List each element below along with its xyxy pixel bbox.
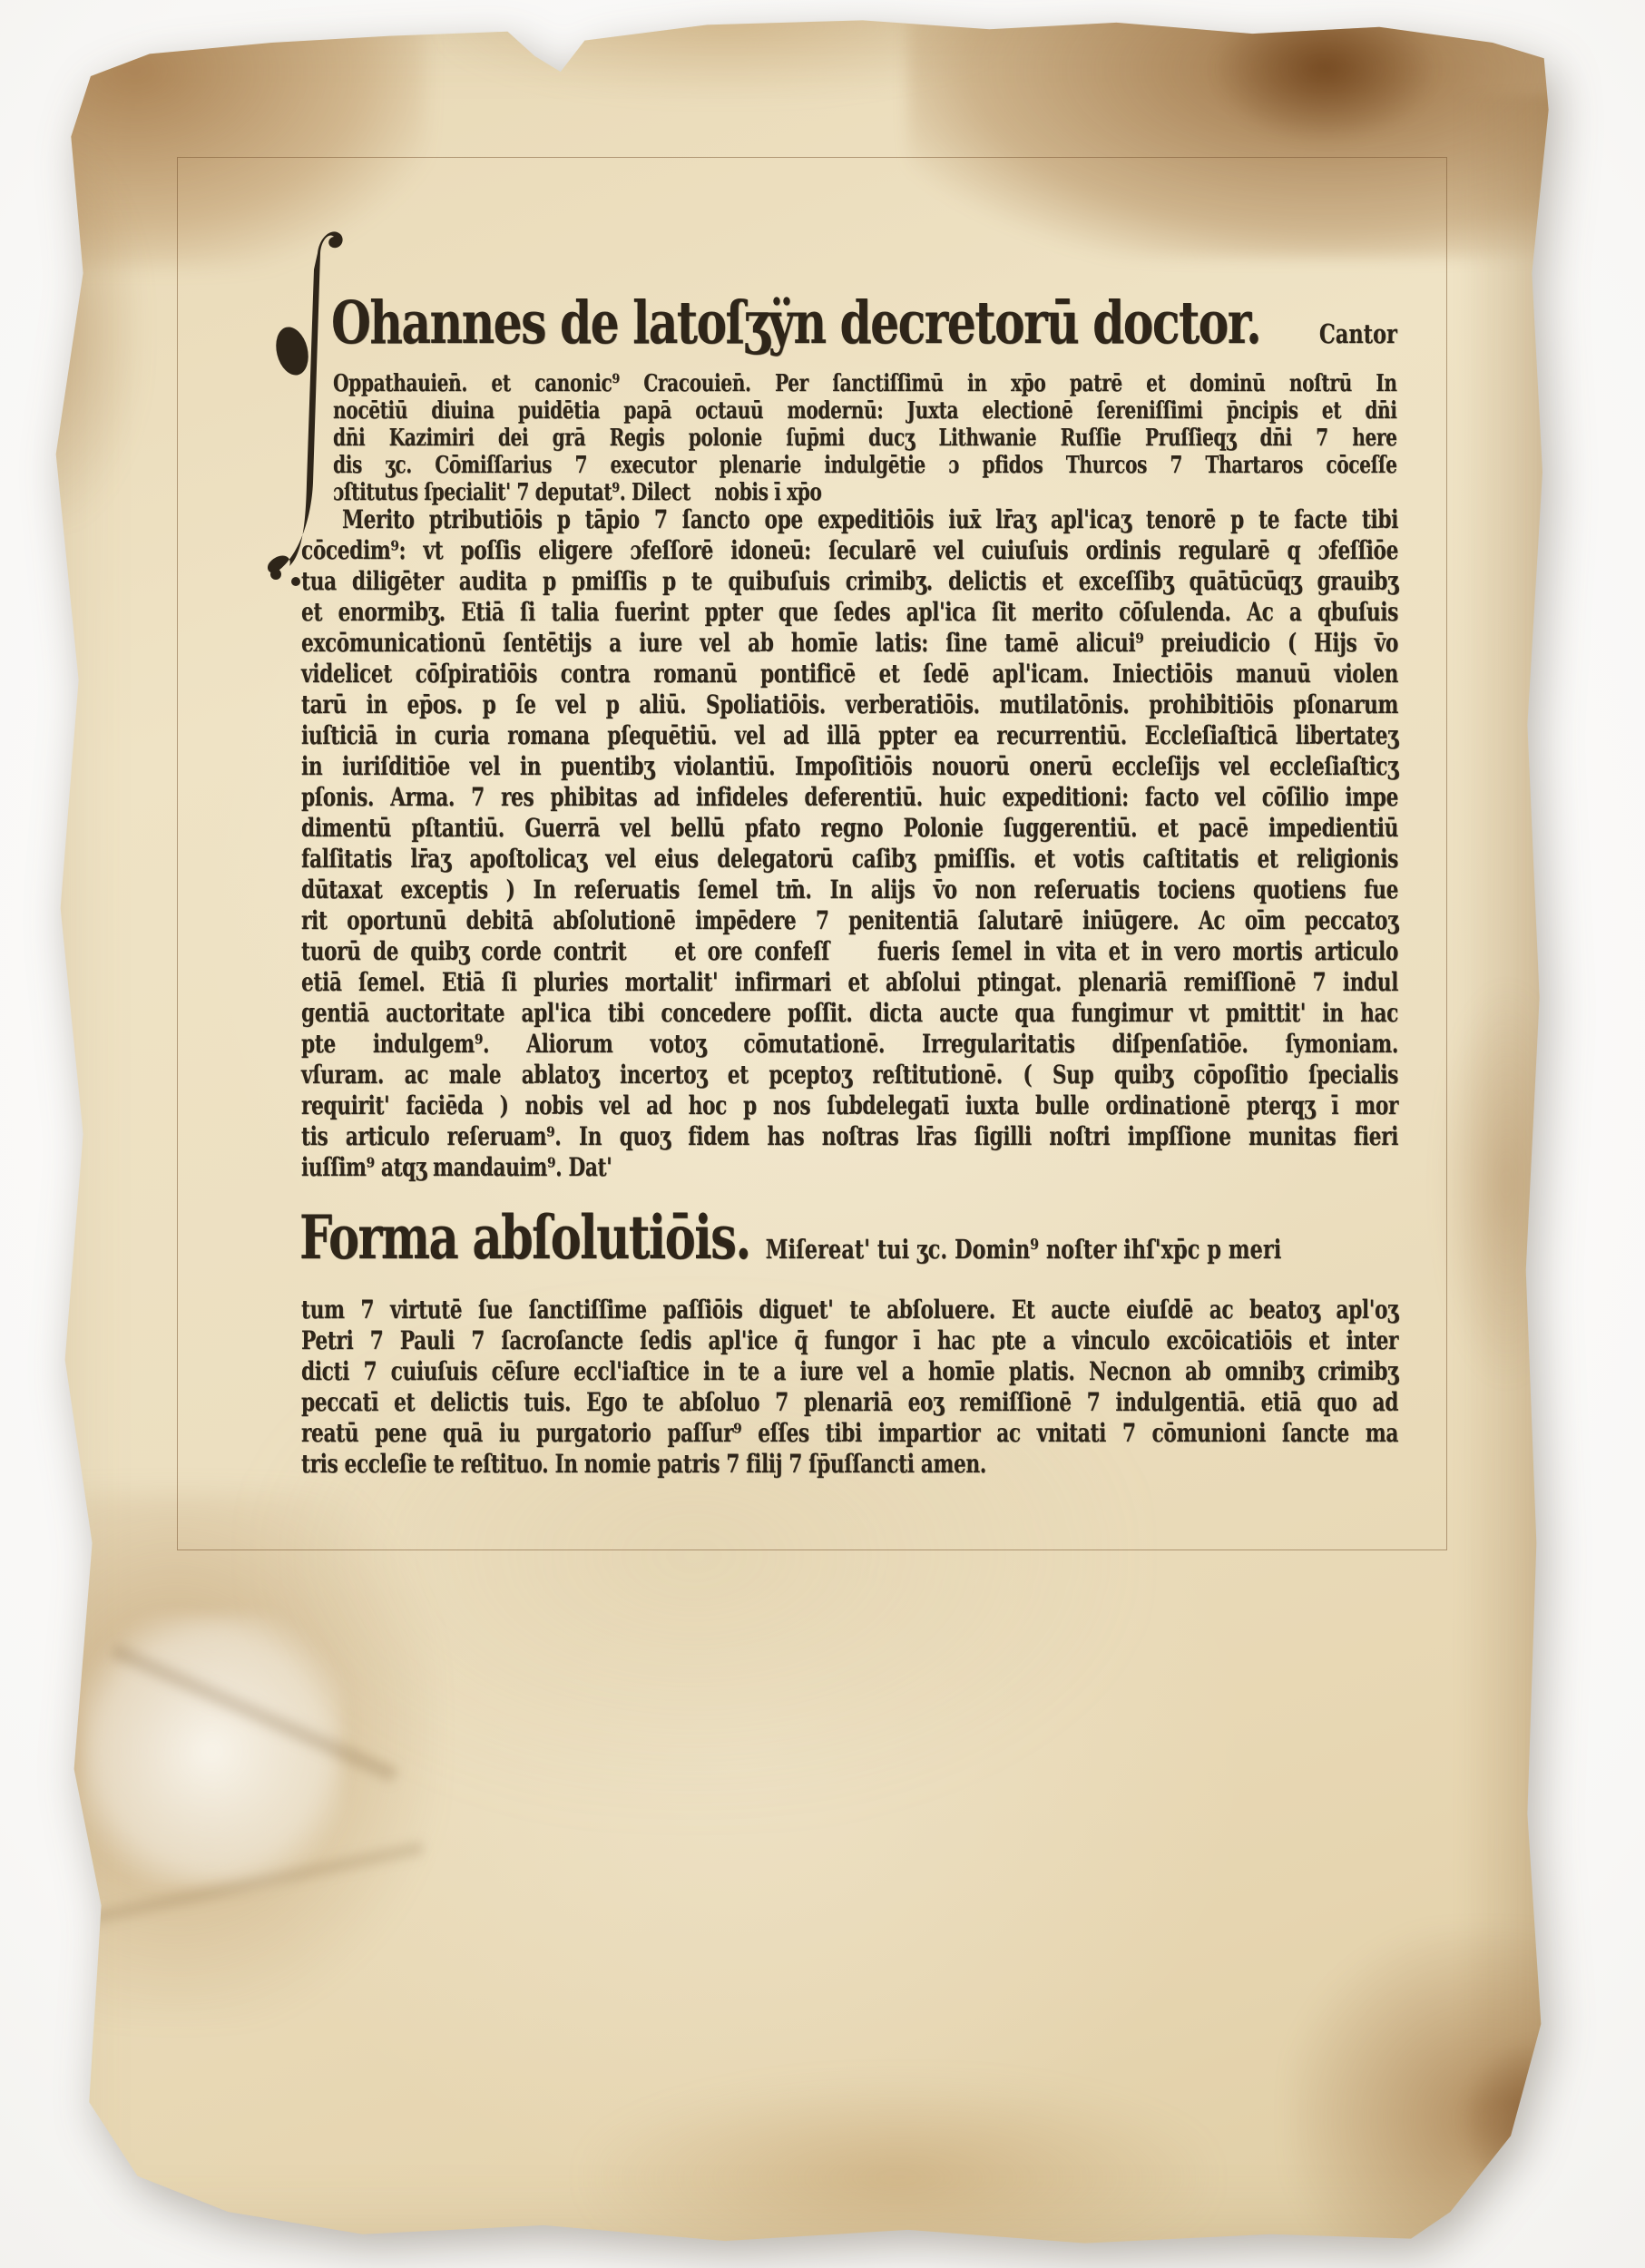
stain-top-right-dark (1211, 0, 1438, 145)
forma-heading-suffix: Miſereat' tui ʒc. Domin⁹ noſter ihſ'xp̄c… (766, 1234, 1282, 1265)
body-text-line: in iuriſditiōe vel in puentibʒ violantiū… (301, 751, 1398, 782)
body-text-line: tua diligēter audita p pmiſſis p te quib… (301, 566, 1398, 597)
forma-line: tris eccleſie te reſtituo. In nomie patr… (301, 1449, 1398, 1480)
body-text-line: cōcedim⁹: vt poſſis eligere ɔfeſſorē ido… (301, 535, 1398, 566)
forma-line: peccatī et delictis tuis. Ego te abſoluo… (301, 1387, 1398, 1418)
body-text-line: pte indulgem⁹. Aliorum votoʒ cōmutationē… (301, 1029, 1398, 1060)
forma-line: Petri 7 Pauli 7 ſacroſancte ſedis apl'ic… (301, 1325, 1398, 1356)
body-text-line: iuſſim⁹ atqʒ mandauim⁹. Dat' (301, 1152, 1398, 1183)
stain-bottom-right (1288, 1928, 1615, 2268)
body-text-line: iuſticiā in curia romana pſequētiū. vel … (301, 720, 1398, 751)
body-text-line: dūtaxat exceptis ) In reſeruatis ſemel t… (301, 875, 1398, 905)
body-text-line: dimentū pſtantiū. Guerrā vel bellū pfato… (301, 813, 1398, 844)
forma-line: reatū pene quā iu purgatorio paſſur⁹ eſſ… (301, 1418, 1398, 1449)
body-text-line: pſonis. Arma. 7 res phibitas ad infidele… (301, 782, 1398, 813)
stain-bottom-center (590, 2082, 1207, 2268)
body-text-line: falſitatis lr̄aʒ apoſtolicaʒ vel eius de… (301, 844, 1398, 875)
stain-top-band (445, 5, 1007, 95)
intro-line: dn̄i Kazimiri dei grā Regis polonie ſup̄… (333, 425, 1397, 452)
body-text-line: etiā ſemel. Etiā ſi pluries mortalit' in… (301, 967, 1398, 998)
crease-bottom-left-2 (83, 1838, 425, 1930)
intro-line: dis ʒc. Cōmiſſarius 7 executor plenarie … (333, 452, 1397, 479)
forma-line: tum 7 virtutē ſue ſanctiſſime paſſiōis d… (301, 1295, 1398, 1325)
body-text-line: et enormibʒ. Etiā ſi talia fuerint ppter… (301, 597, 1398, 628)
body-text-line: Merito ptributiōis p tāpio 7 ſancto ope … (301, 504, 1398, 535)
stain-right-middle (1438, 984, 1574, 1383)
forma-heading: Forma abſolutiōis. (299, 1202, 750, 1273)
intro-line: ɔſtitutus ſpecialit' 7 deputat⁹. Dilect … (333, 479, 1397, 506)
photo-backdrop: { "colors":{"ink":"#2e2519","paper":"#ec… (0, 0, 1645, 2268)
body-text-line: tuorū de quibʒ corde contrit et ore conf… (301, 936, 1398, 967)
paper-wrapper: Ohannes de latoſʒÿn decretorū doctor. Ca… (0, 0, 1645, 2268)
intro-line: nocētiū diuina puidētia papā octauū mode… (333, 397, 1397, 425)
intro-paragraph: Oppathauien̄. et canonic⁹ Cracouien̄. Pe… (333, 370, 1397, 506)
body-text-line: tis articulo reſeruam⁹. In quoʒ fidem ha… (301, 1121, 1398, 1152)
forma-heading-line: Forma abſolutiōis. Miſereat' tui ʒc. Dom… (299, 1202, 1397, 1273)
body-text-line: vſuram. ac male ablatoʒ incertoʒ et pcep… (301, 1060, 1398, 1090)
patch-bottom-left-white (80, 1615, 343, 1887)
body-text-line: gentiā auctoritate apl'ica tibi conceder… (301, 998, 1398, 1029)
body-text-line: rit oportunū debitā abſolutionē impēdere… (301, 905, 1398, 936)
body-text-line: requirit' faciēda ) nobis vel ad hoc p n… (301, 1090, 1398, 1121)
title-line: Ohannes de latoſʒÿn decretorū doctor. Ca… (331, 288, 1397, 357)
forma-line: dicti 7 cuiuſuis cēſure eccl'iaſtice in … (301, 1356, 1398, 1387)
main-paragraph: Merito ptributiōis p tāpio 7 ſancto ope … (301, 504, 1398, 1183)
crease-bottom-left-1 (108, 1639, 399, 1786)
stain-bottom-left (36, 1492, 436, 2019)
stain-left-edge (23, 141, 141, 522)
body-text-line: videlicet cōſpiratiōis contra romanū pon… (301, 659, 1398, 689)
stain-right-edge (1456, 95, 1561, 2109)
title-text: Ohannes de latoſʒÿn decretorū doctor. (331, 288, 1260, 357)
intro-line: Oppathauien̄. et canonic⁹ Cracouien̄. Pe… (333, 370, 1397, 397)
body-text-line: excōmunicationū ſentētijs a iure vel ab … (301, 628, 1398, 659)
body-text-line: tarū in ep̄os. p ſe vel p aliū. Spoliati… (301, 689, 1398, 720)
forma-paragraph: tum 7 virtutē ſue ſanctiſſime paſſiōis d… (301, 1295, 1398, 1480)
title-suffix: Cantor (1319, 318, 1397, 349)
paper-sheet: Ohannes de latoſʒÿn decretorū doctor. Ca… (45, 14, 1556, 2250)
stain-bottom-right-dark (1461, 2037, 1615, 2209)
